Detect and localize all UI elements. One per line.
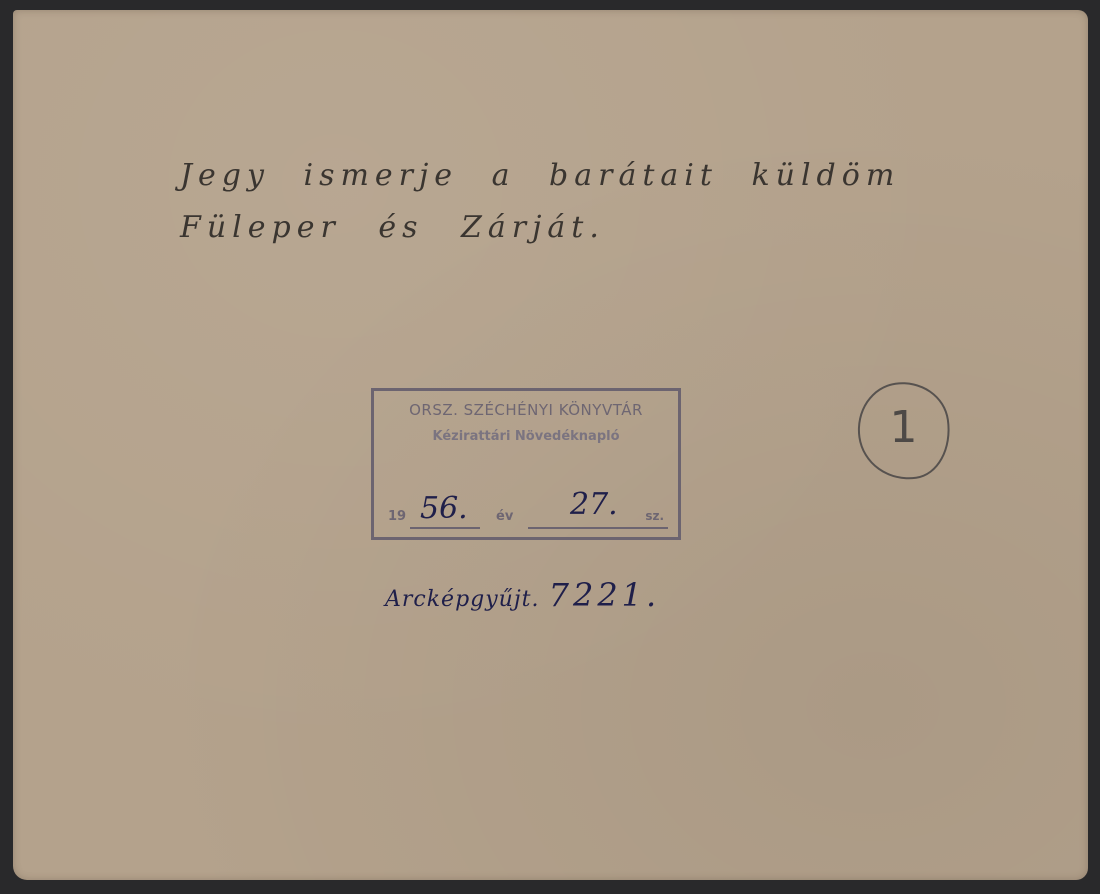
stamp-subtitle: Kézirattári Növedéknapló: [374, 429, 678, 444]
accession-number: 7221.: [549, 576, 661, 614]
stamp-title: ORSZ. SZÉCHÉNYI KÖNYVTÁR: [374, 401, 678, 419]
handwritten-line-2: Füleper és Zárját.: [180, 210, 605, 245]
stamp-year-value: 56.: [420, 491, 468, 526]
accession-label: Arcképgyűjt.: [385, 587, 540, 612]
circled-page-number: 1: [852, 376, 957, 486]
handwritten-line-1: Jegy ismerje a barátait küldöm: [180, 158, 900, 193]
archival-card: Jegy ismerje a barátait küldöm Füleper é…: [13, 10, 1088, 880]
stamp-date-row: 19 56. év 27. sz.: [384, 491, 668, 531]
stamp-number-value: 27.: [570, 487, 618, 522]
stamp-number-underline: [528, 527, 668, 529]
stamp-year-prefix: 19: [388, 509, 406, 524]
library-stamp: ORSZ. SZÉCHÉNYI KÖNYVTÁR Kézirattári Növ…: [371, 388, 681, 540]
page-number: 1: [860, 402, 948, 453]
stamp-year-label: év: [496, 509, 513, 524]
stamp-number-label: sz.: [645, 509, 664, 523]
accession-note: Arcképgyűjt. 7221.: [385, 576, 660, 614]
stamp-year-underline: [410, 527, 480, 529]
